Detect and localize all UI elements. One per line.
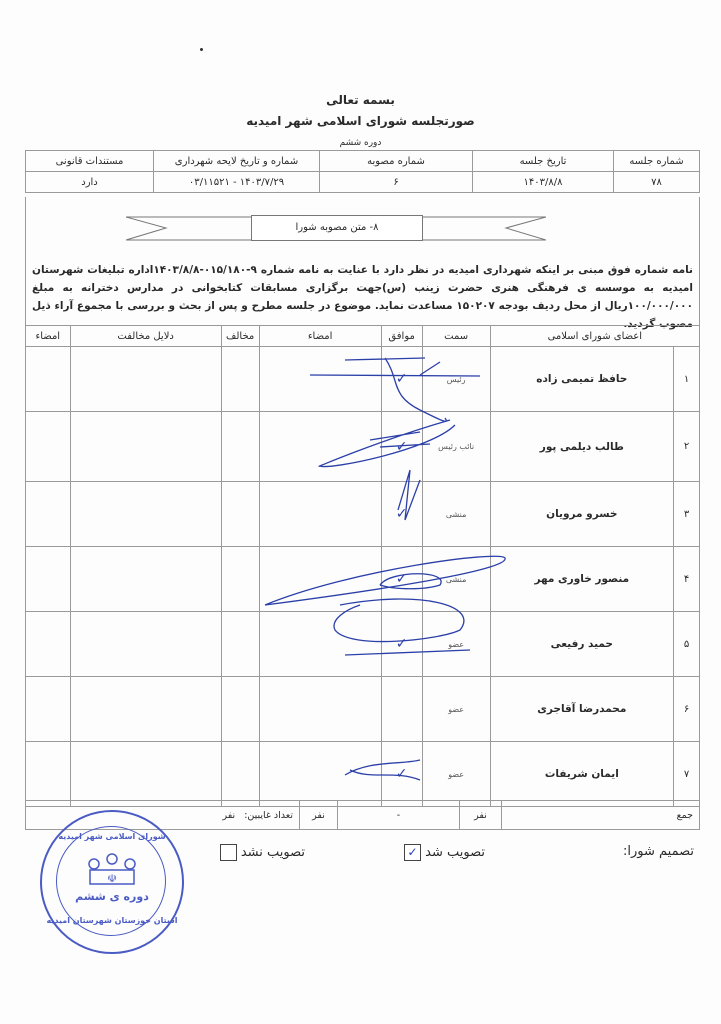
signature-2-cell	[26, 677, 71, 742]
member-role: منشی	[422, 482, 490, 547]
member-row: ۷ ایمان شریفات عضو ✓	[26, 742, 700, 807]
absent-unit: نفر	[222, 810, 235, 821]
signature-2-cell	[26, 547, 71, 612]
ribbon-left-tail-icon	[126, 213, 251, 243]
oppose-cell	[221, 482, 259, 547]
ribbon-right-tail-icon	[421, 213, 546, 243]
agree-total-unit: نفر	[460, 801, 502, 830]
stamp-bottom-text: استان خوزستان شهرستان امیدیه	[42, 916, 182, 925]
header-role: سمت	[422, 326, 490, 347]
member-number: ۱	[674, 347, 700, 412]
signature-2-cell	[26, 612, 71, 677]
signature-2-cell	[26, 742, 71, 807]
bill-number-date: ۱۴۰۳/۷/۲۹ - ۰۳/۱۱۵۲۱	[154, 172, 320, 193]
reasons-cell	[70, 677, 221, 742]
page-title: صورتجلسه شورای اسلامی شهر امیدیه	[0, 114, 721, 128]
member-role: عضو	[422, 612, 490, 677]
resolution-text-box: ۸- متن مصوبه شورا نامه شماره فوق مبنی بر…	[25, 197, 700, 326]
header-resolution-number: شماره مصوبه	[320, 151, 473, 172]
member-number: ۳	[674, 482, 700, 547]
member-name: منصور خاوری مهر	[490, 547, 673, 612]
header-session-number: شماره جلسه	[614, 151, 700, 172]
rejected-checkbox[interactable]	[220, 844, 237, 861]
approved-checkbox[interactable]: ✓	[404, 844, 421, 861]
signature-cell	[259, 612, 381, 677]
agree-check-icon	[381, 677, 422, 742]
oppose-total-unit: نفر	[300, 801, 338, 830]
signature-2-cell	[26, 482, 71, 547]
council-stamp: شورای اسلامی شهر امیدیه ☫ دوره ی ششم است…	[40, 810, 184, 954]
approved-label: تصویب شد	[425, 845, 485, 860]
member-name: طالب دیلمی پور	[490, 412, 673, 482]
header-opposition-reasons: دلایل مخالفت	[70, 326, 221, 347]
resolution-body-text: نامه شماره فوق مبنی بر اینکه شهرداری امی…	[32, 261, 693, 333]
ink-dot	[200, 48, 203, 51]
member-role: رئیس	[422, 347, 490, 412]
stamp-center-text: دوره ی ششم	[42, 890, 182, 903]
member-number: ۶	[674, 677, 700, 742]
member-row: ۵ حمید رفیعی عضو ✓	[26, 612, 700, 677]
reasons-cell	[70, 412, 221, 482]
signature-cell	[259, 347, 381, 412]
resolution-ribbon-label: ۸- متن مصوبه شورا	[251, 215, 423, 241]
member-name: ایمان شریفات	[490, 742, 673, 807]
signature-2-cell	[26, 412, 71, 482]
agree-check-icon: ✓	[381, 547, 422, 612]
stamp-top-text: شورای اسلامی شهر امیدیه	[42, 832, 182, 841]
decision-label: تصمیم شورا:	[623, 844, 694, 859]
member-number: ۷	[674, 742, 700, 807]
member-row: ۶ محمدرضا آقاجری عضو	[26, 677, 700, 742]
agree-check-icon: ✓	[381, 412, 422, 482]
member-name: محمدرضا آقاجری	[490, 677, 673, 742]
member-row: ۲ طالب دیلمی پور نائب رئیس ✓	[26, 412, 700, 482]
info-header-row: شماره جلسه تاریخ جلسه شماره مصوبه شماره …	[26, 151, 700, 172]
reasons-cell	[70, 482, 221, 547]
header-signature: امضاء	[259, 326, 381, 347]
member-row: ۳ خسرو مرویان منشی ✓	[26, 482, 700, 547]
oppose-cell	[221, 547, 259, 612]
member-number: ۴	[674, 547, 700, 612]
agree-check-icon: ✓	[381, 482, 422, 547]
member-name: حمید رفیعی	[490, 612, 673, 677]
member-row: ۴ منصور خاوری مهر منشی ✓	[26, 547, 700, 612]
reasons-cell	[70, 547, 221, 612]
reasons-cell	[70, 612, 221, 677]
header-legal-documents: مستندات قانونی	[26, 151, 154, 172]
member-role: نائب رئیس	[422, 412, 490, 482]
svg-text:☫: ☫	[107, 872, 117, 885]
header-members: اعضای شورای اسلامی	[490, 326, 699, 347]
signature-cell	[259, 677, 381, 742]
oppose-total-value: -	[338, 801, 460, 830]
reasons-cell	[70, 347, 221, 412]
rejected-label: تصویب نشد	[241, 845, 305, 860]
signature-cell	[259, 482, 381, 547]
session-date: ۱۴۰۳/۸/۸	[473, 172, 614, 193]
agree-check-icon: ✓	[381, 742, 422, 807]
agree-check-icon: ✓	[381, 612, 422, 677]
resolution-number: ۶	[320, 172, 473, 193]
member-role: عضو	[422, 677, 490, 742]
signature-cell	[259, 412, 381, 482]
header-agree: موافق	[381, 326, 422, 347]
votes-table: اعضای شورای اسلامی سمت موافق امضاء مخالف…	[25, 325, 700, 807]
votes-header-row: اعضای شورای اسلامی سمت موافق امضاء مخالف…	[26, 326, 700, 347]
signature-cell	[259, 547, 381, 612]
legal-documents: دارد	[26, 172, 154, 193]
member-number: ۵	[674, 612, 700, 677]
signature-cell	[259, 742, 381, 807]
absent-label: تعداد غایبین:	[244, 810, 293, 821]
stamp-emblem-icon: ☫	[84, 852, 140, 886]
header-signature-2: امضاء	[26, 326, 71, 347]
signature-2-cell	[26, 347, 71, 412]
rejected-option[interactable]: تصویب نشد	[220, 844, 305, 861]
invocation: بسمه تعالی	[0, 93, 721, 107]
member-role: عضو	[422, 742, 490, 807]
oppose-cell	[221, 347, 259, 412]
oppose-cell	[221, 612, 259, 677]
member-number: ۲	[674, 412, 700, 482]
totals-label: جمع	[502, 801, 700, 830]
oppose-cell	[221, 412, 259, 482]
member-name: خسرو مرویان	[490, 482, 673, 547]
header-oppose: مخالف	[221, 326, 259, 347]
member-name: حافظ تمیمی زاده	[490, 347, 673, 412]
oppose-cell	[221, 742, 259, 807]
oppose-cell	[221, 677, 259, 742]
member-row: ۱ حافظ تمیمی زاده رئیس ✓	[26, 347, 700, 412]
reasons-cell	[70, 742, 221, 807]
info-value-row: ۷۸ ۱۴۰۳/۸/۸ ۶ ۱۴۰۳/۷/۲۹ - ۰۳/۱۱۵۲۱ دارد	[26, 172, 700, 193]
header-session-date: تاریخ جلسه	[473, 151, 614, 172]
session-info-table: شماره جلسه تاریخ جلسه شماره مصوبه شماره …	[25, 150, 700, 193]
session-number: ۷۸	[614, 172, 700, 193]
agree-check-icon: ✓	[381, 347, 422, 412]
header-bill-number-date: شماره و تاریخ لایحه شهرداری	[154, 151, 320, 172]
member-role: منشی	[422, 547, 490, 612]
approved-option[interactable]: تصویب شد ✓	[404, 844, 485, 861]
term-label: دوره ششم	[0, 138, 721, 148]
